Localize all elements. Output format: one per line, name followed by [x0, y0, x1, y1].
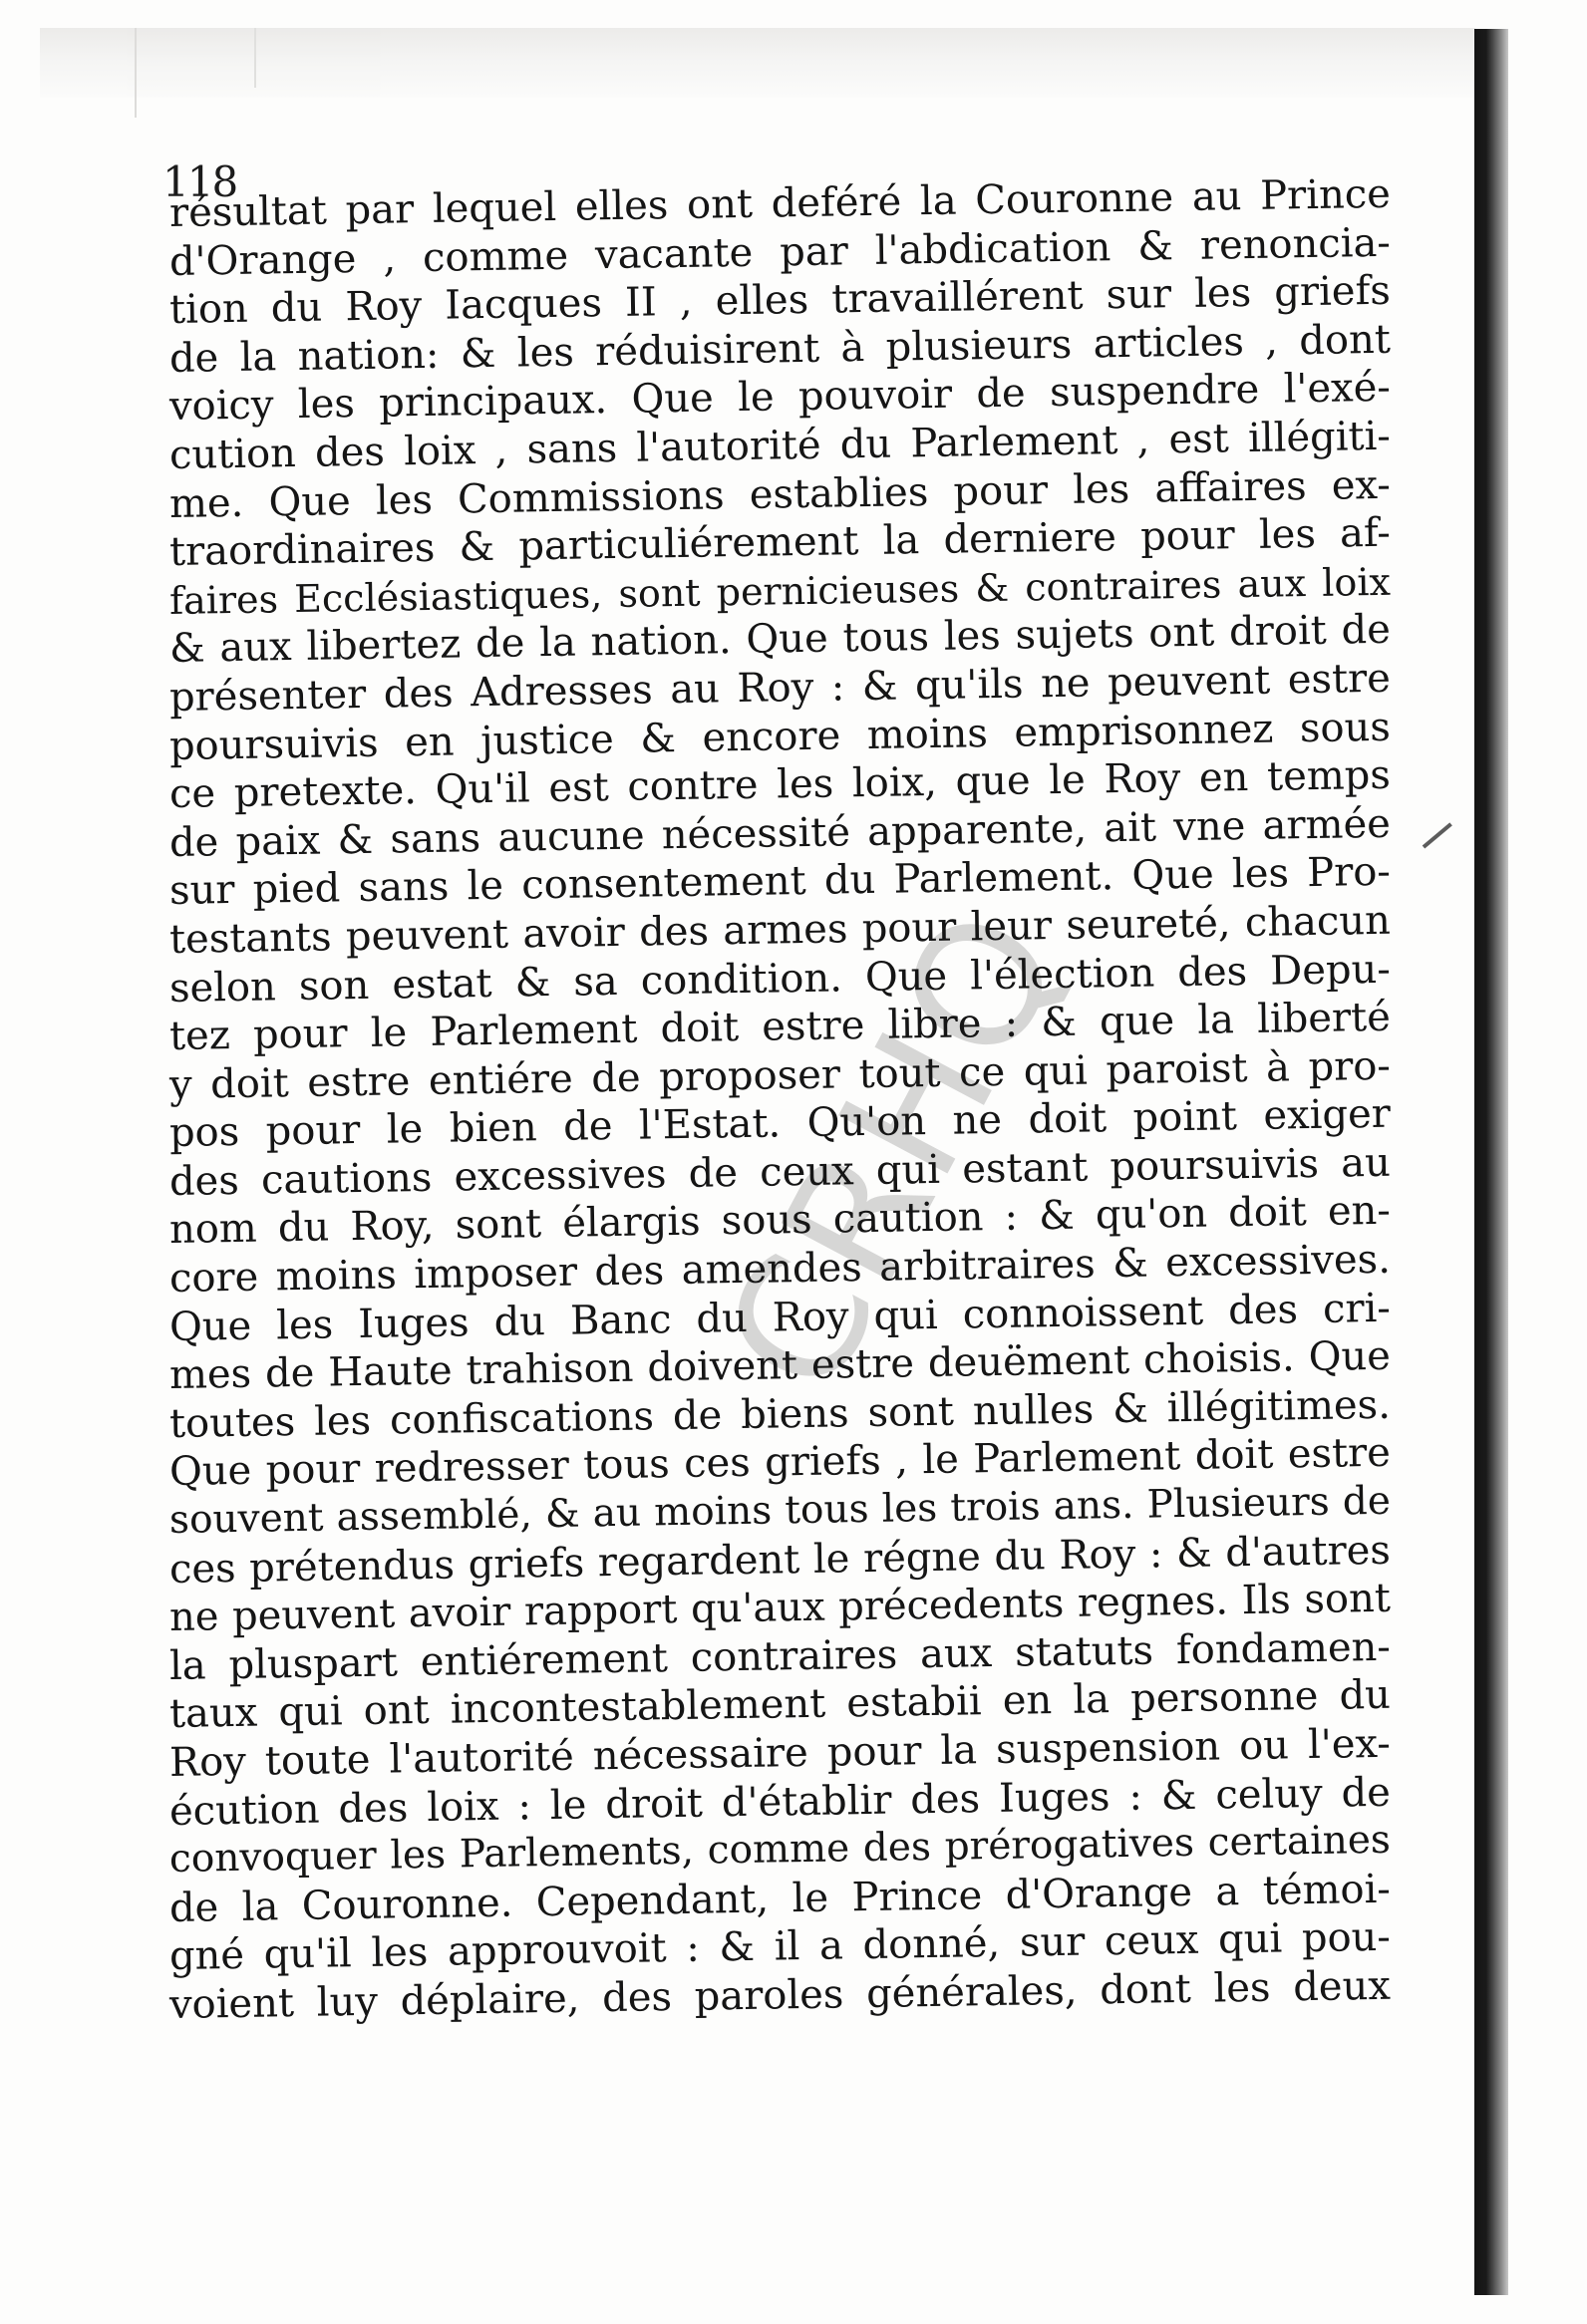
book-binding-gutter [1474, 29, 1508, 2295]
body-text: résultat par lequel elles ont deféré la … [169, 189, 1396, 2030]
margin-pen-mark [1423, 822, 1452, 848]
page-top-edge-shadow [40, 28, 1475, 98]
scanned-book-page: 118 CRHQ résultat par lequel elles ont d… [0, 0, 1587, 2324]
